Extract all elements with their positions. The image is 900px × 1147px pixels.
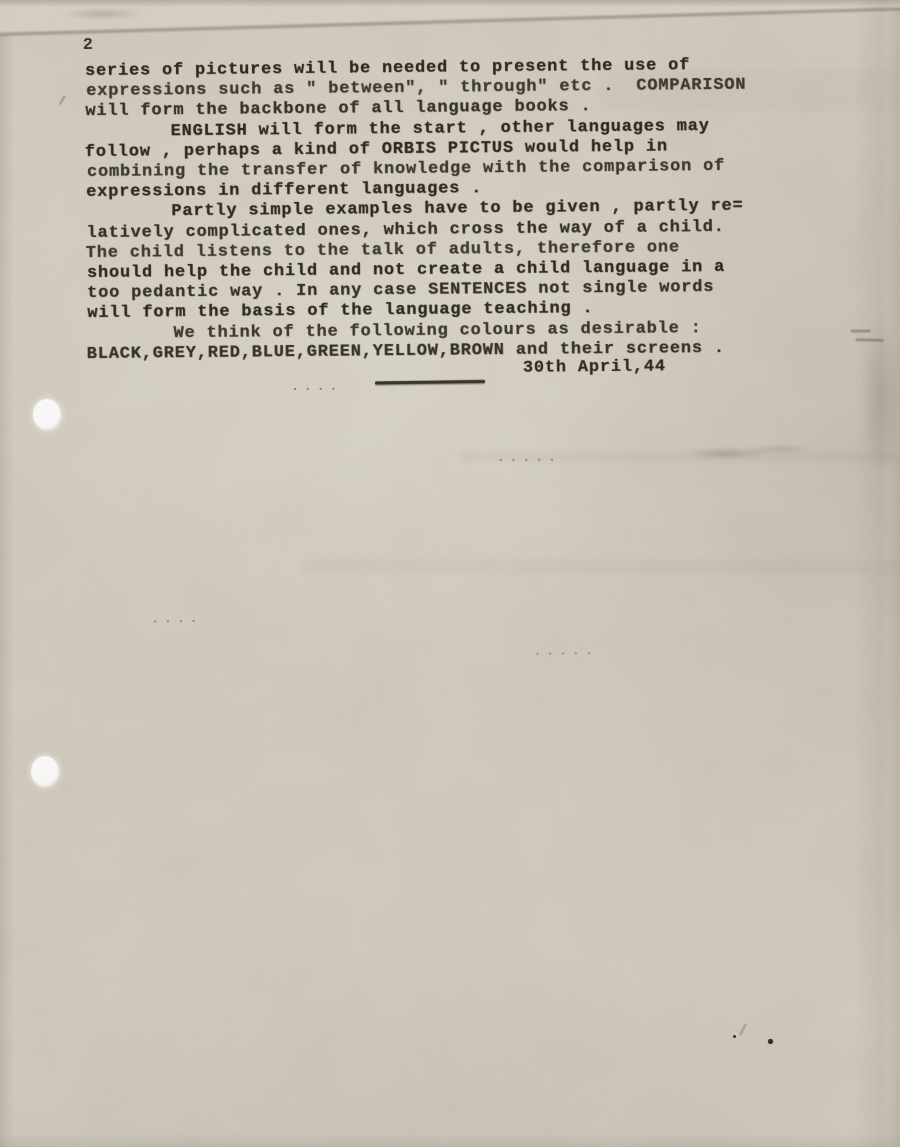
page-number: 2 xyxy=(83,36,94,55)
faint-dots-below-rule: .... xyxy=(291,379,342,394)
typewritten-text-layer: 2 series of pictures will be needed to p… xyxy=(0,0,900,1147)
ink-bleed-smudge xyxy=(692,437,810,464)
pencil-tick xyxy=(59,95,65,105)
faint-dots-left: .... xyxy=(151,611,202,626)
ink-speck xyxy=(733,1035,736,1038)
date-line: 30th April,44 xyxy=(523,357,666,377)
scanned-document-page: 2 series of pictures will be needed to p… xyxy=(0,0,900,1147)
body-text: series of pictures will be needed to pre… xyxy=(85,55,848,365)
underline-rule xyxy=(375,380,485,385)
margin-mark xyxy=(856,338,884,341)
faint-dots-mid-right: ..... xyxy=(497,449,561,465)
margin-mark xyxy=(851,329,871,332)
ink-speck xyxy=(768,1039,773,1044)
faint-dots-lower-right: ..... xyxy=(534,643,598,659)
